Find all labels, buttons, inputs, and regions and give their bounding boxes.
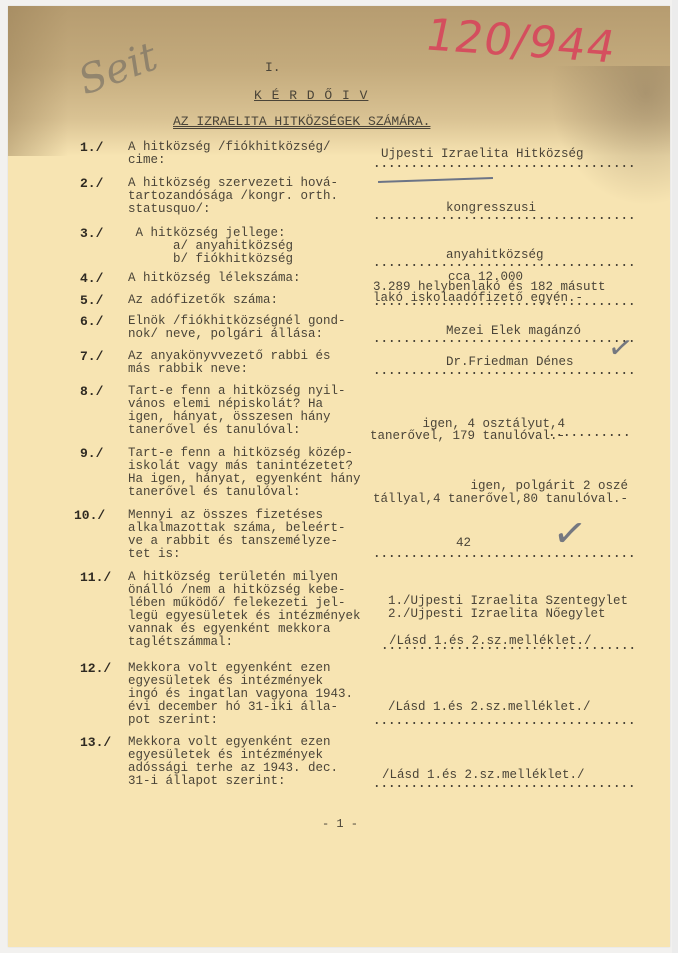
question-text: A hitközség jellege: a/ anyahitközség b/…: [128, 227, 293, 266]
question-text: Mennyi az összes fizetéses alkalmazottak…: [128, 509, 346, 561]
question-text: Tart-e fenn a hitközség nyil- vános elem…: [128, 385, 346, 437]
answer-dotted-line: [381, 647, 636, 649]
answer-dotted-line: [373, 340, 635, 342]
question-text: A hitközség lélekszáma:: [128, 272, 301, 285]
question-text: A hitközség szervezeti hová- tartozandós…: [128, 177, 338, 216]
answer-text: Dr.Friedman Dénes: [446, 356, 574, 369]
answer-text: kongresszusi: [446, 202, 536, 215]
document-page: Seit 120/944 I. K É R D Ő I V AZ IZRAELI…: [8, 6, 670, 947]
question-text: Mekkora volt egyenként ezen egyesületek …: [128, 662, 353, 727]
question-number: 11./: [80, 571, 111, 584]
pencil-checkmark-icon: ✓: [605, 329, 636, 368]
page-title: K É R D Ő I V: [254, 89, 368, 102]
answer-dotted-line: [373, 217, 635, 219]
question-number: 2./: [80, 177, 103, 190]
answer-dotted-line: [373, 264, 635, 266]
viewer-edge: [672, 0, 678, 953]
question-number: 9./: [80, 447, 103, 460]
answer-text: 1./Ujpesti Izraelita Szentegylet 2./Ujpe…: [388, 595, 628, 621]
answer-text: anyahitközség: [446, 249, 544, 262]
answer-dotted-line: [373, 165, 635, 167]
question-text: Tart-e fenn a hitközség közép- iskolát v…: [128, 447, 361, 499]
question-number: 4./: [80, 272, 103, 285]
answer-dotted-line: [373, 555, 635, 557]
question-number: 12./: [80, 662, 111, 675]
answer-dotted-line: [373, 785, 635, 787]
question-text: Elnök /fiókhitközségnél gond- nok/ neve,…: [128, 315, 346, 341]
answer-text: 42: [456, 537, 471, 550]
section-numeral: I.: [265, 61, 281, 74]
answer-dotted-line: [373, 372, 635, 374]
answer-text: 3.289 helybenlakó és 182 másutt lakó isk…: [373, 282, 606, 304]
question-number: 10./: [74, 509, 105, 522]
question-text: Mekkora volt egyenként ezen egyesületek …: [128, 736, 338, 788]
answer-dotted-line: [373, 303, 635, 305]
answer-text: /Lásd 1.és 2.sz.melléklet./: [388, 701, 591, 714]
question-number: 13./: [80, 736, 111, 749]
question-number: 1./: [80, 141, 103, 154]
page-number: - 1 -: [322, 818, 358, 831]
question-number: 8./: [80, 385, 103, 398]
answer-dotted-line: [373, 722, 635, 724]
aged-stain-right: [550, 66, 670, 206]
answer-text: igen, polgárit 2 oszé tállyal,4 tanerőve…: [373, 480, 628, 506]
question-number: 7./: [80, 350, 103, 363]
answer-text: /Lásd 1.és 2.sz.melléklet./: [382, 769, 585, 782]
answer-dotted-line: [548, 434, 633, 436]
question-number: 3./: [80, 227, 103, 240]
page-subtitle: AZ IZRAELITA HITKÖZSÉGEK SZÁMÁRA.: [173, 115, 430, 128]
pencil-checkmark-icon: ✓: [550, 509, 590, 559]
question-text: A hitközség /fiókhitközség/ cime:: [128, 141, 331, 167]
question-number: 6./: [80, 315, 103, 328]
pencil-underline: [378, 177, 493, 183]
question-number: 5./: [80, 294, 103, 307]
question-text: A hitközség területén milyen önálló /nem…: [128, 571, 361, 649]
answer-text: Ujpesti Izraelita Hitközség: [381, 148, 584, 161]
answer-text: igen, 4 osztályut,4 tanerővel, 179 tanul…: [370, 418, 565, 442]
question-text: Az adófizetők száma:: [128, 294, 278, 307]
aged-stain-left: [8, 6, 68, 156]
answer-text: Mezei Elek magánzó: [446, 325, 581, 338]
question-text: Az anyakönyvvezető rabbi és más rabbik n…: [128, 350, 331, 376]
